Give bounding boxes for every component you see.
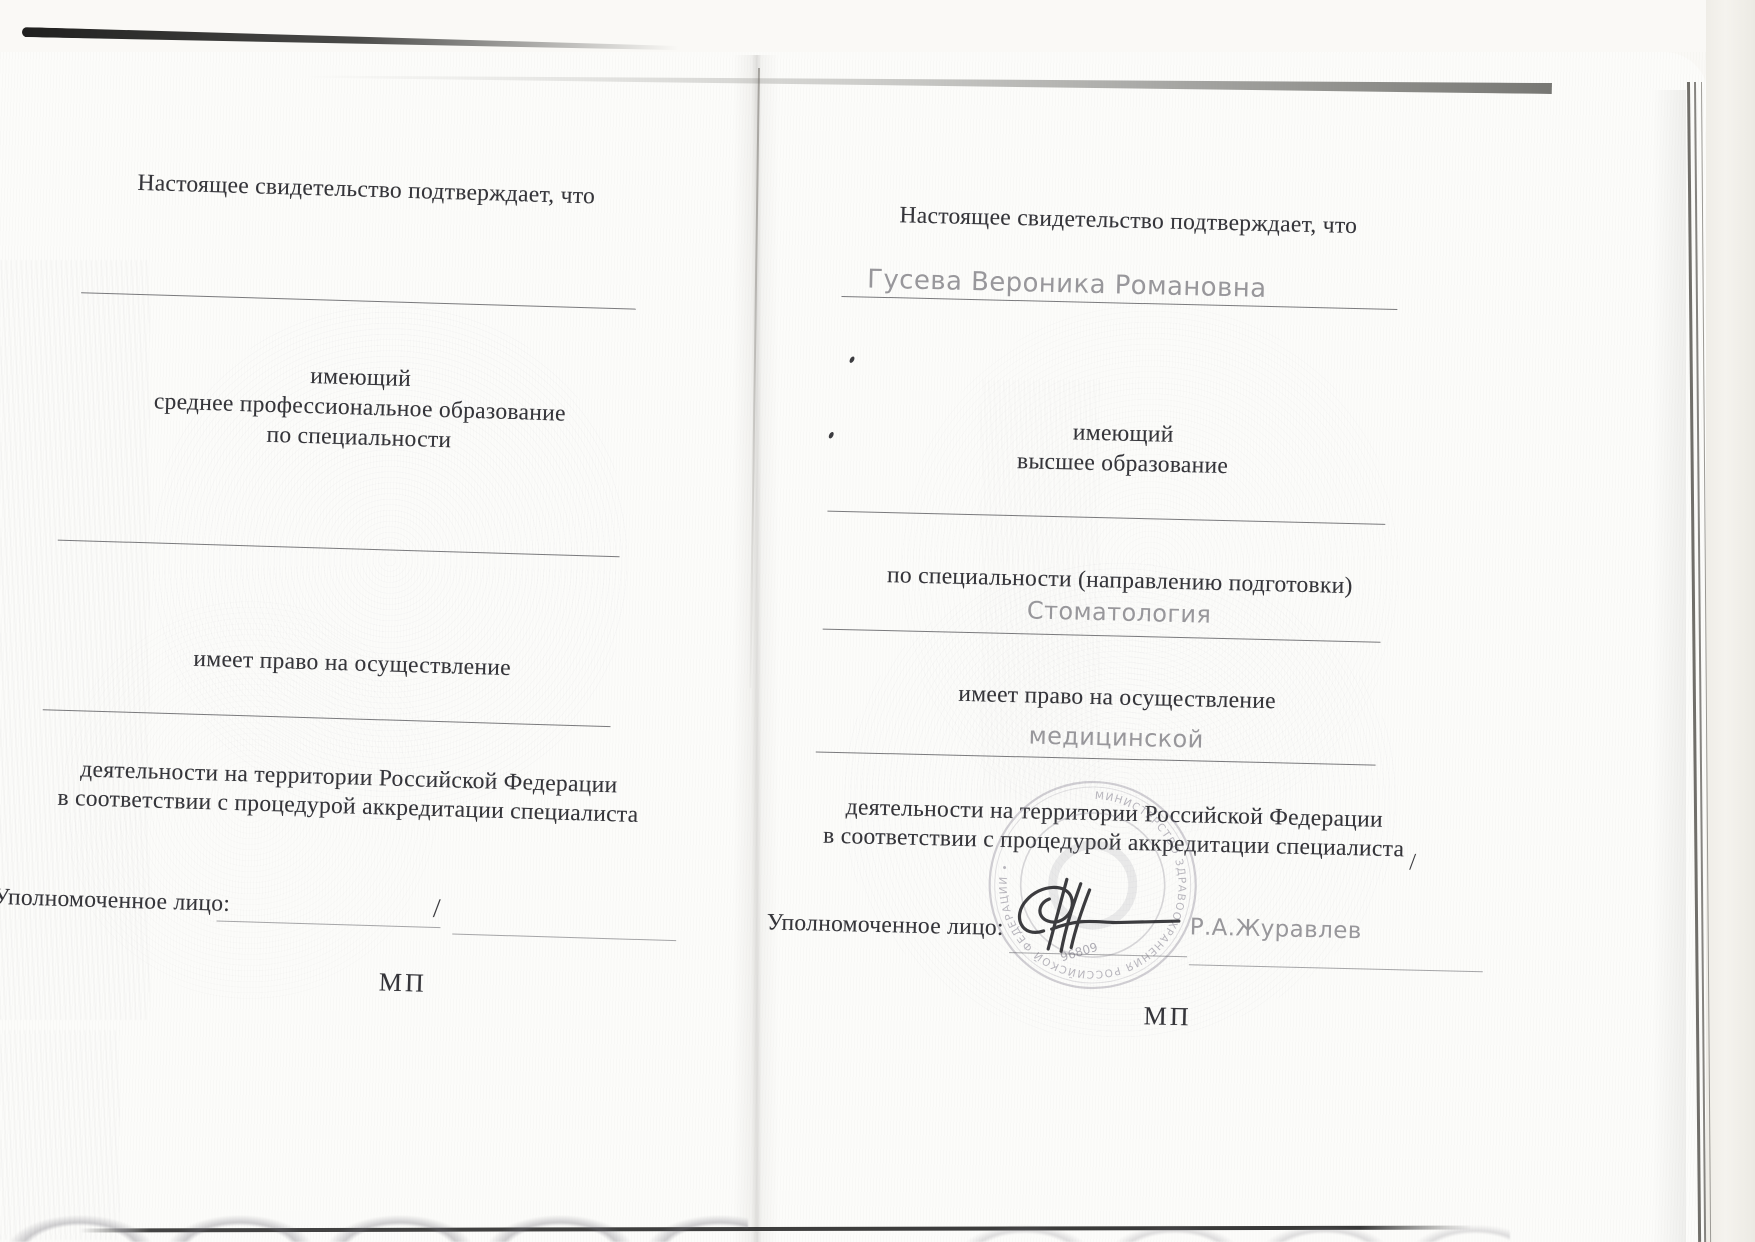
- right-page: Настоящее свидетельство подтверждает, чт…: [735, 62, 1522, 1220]
- authorized-person-label: Уполномоченное лицо:: [0, 882, 293, 921]
- stray-slash: /: [1409, 849, 1416, 876]
- scanned-certificate-spread: Настоящее свидетельство подтверждает, чт…: [0, 0, 1755, 1242]
- entitlement-text: имеет право на осуществление: [787, 675, 1448, 721]
- entitlement-text: имеет право на осуществление: [12, 638, 693, 688]
- page-stack-shadow: [1652, 90, 1686, 1242]
- intro-text: Настоящее свидетельство подтверждает, чт…: [46, 165, 687, 214]
- activity-underline: [43, 709, 611, 727]
- scan-top-left-dark-edge: [22, 27, 692, 53]
- left-page: Настоящее свидетельство подтверждает, чт…: [0, 60, 755, 1222]
- seal-placeholder: МП: [1107, 1000, 1228, 1033]
- separator-slash: /: [433, 893, 441, 924]
- signee-name: Р.А.Журавлев: [1189, 914, 1390, 945]
- name-underline: [81, 292, 636, 309]
- education-underline: [827, 511, 1385, 525]
- signature-line: [217, 921, 441, 929]
- authorized-person-label: Уполномоченное лицо:: [766, 907, 1067, 944]
- scanner-background-right: [1706, 0, 1755, 1242]
- intro-text: Настоящее свидетельство подтверждает, чт…: [818, 198, 1439, 243]
- holder-name-value: Гусева Вероника Романовна: [787, 263, 1348, 306]
- ink-speck: [849, 356, 856, 364]
- seal-placeholder: МП: [342, 966, 463, 1000]
- signee-line: [452, 934, 676, 942]
- specialty-underline: [58, 540, 620, 558]
